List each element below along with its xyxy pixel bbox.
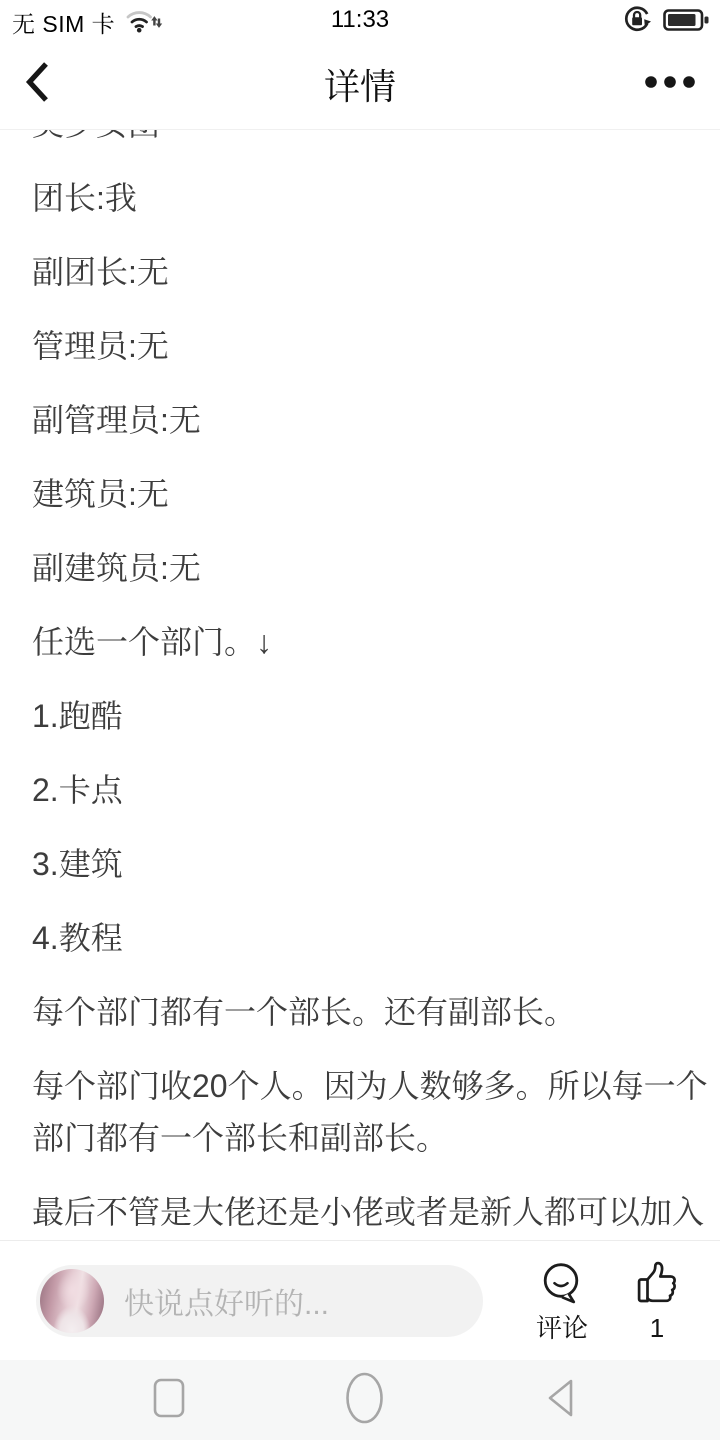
comment-bubble-icon [538, 1259, 586, 1312]
comment-input-placeholder: 快说点好听的... [124, 1279, 329, 1323]
ellipsis-icon [644, 75, 696, 94]
post-paragraph: 任选一个部门。↓ [32, 616, 708, 668]
post-paragraph: 最后不管是大佬还是小佬或者是新人都可以加入 [32, 1186, 708, 1238]
post-paragraph: 每个部门都有一个部长。还有副部长。 [32, 986, 708, 1038]
comment-button[interactable]: 评论 [536, 1259, 588, 1343]
home-oval-icon [344, 1371, 385, 1430]
rotation-lock-icon [621, 4, 653, 41]
comment-bar: 快说点好听的... 评论 [0, 1240, 720, 1360]
carrier-label: 无 SIM 卡 [12, 6, 115, 39]
post-paragraph: 副建筑员:无 [32, 542, 708, 594]
more-options-button[interactable] [644, 40, 696, 129]
back-nav-button[interactable] [542, 1375, 580, 1426]
post-detail-body[interactable]: 美少女团团长:我副团长:无管理员:无副管理员:无建筑员:无副建筑员:无任选一个部… [0, 130, 720, 1240]
post-paragraph: 2.卡点 [32, 764, 708, 816]
post-paragraph: 每个部门收20个人。因为人数够多。所以每一个部门都有一个部长和副部长。 [32, 1060, 708, 1164]
post-paragraph: 3.建筑 [32, 838, 708, 890]
post-paragraph: 管理员:无 [32, 320, 708, 372]
post-paragraph: 团长:我 [32, 172, 708, 224]
post-paragraph: 美少女团 [32, 130, 708, 150]
post-paragraph: 4.教程 [32, 912, 708, 964]
wifi-icon [123, 6, 167, 39]
title-bar: 详情 [0, 40, 720, 130]
page-title: 详情 [324, 59, 396, 110]
home-button[interactable] [344, 1371, 385, 1430]
comment-input[interactable]: 快说点好听的... [36, 1265, 483, 1337]
comment-label: 评论 [536, 1313, 588, 1343]
post-paragraph: 建筑员:无 [32, 468, 708, 520]
back-button[interactable] [22, 40, 52, 129]
post-paragraph: 副管理员:无 [32, 394, 708, 446]
recents-button[interactable] [152, 1377, 186, 1424]
back-chevron-icon [22, 59, 52, 110]
back-triangle-icon [542, 1375, 580, 1426]
phone-screen: 无 SIM 卡 11:33 [0, 0, 720, 1440]
battery-icon [663, 7, 710, 38]
recents-square-icon [152, 1377, 186, 1424]
post-paragraph: 副团长:无 [32, 246, 708, 298]
android-nav-bar [0, 1360, 720, 1440]
like-count: 1 [650, 1313, 664, 1343]
thumbs-up-icon [634, 1259, 680, 1312]
status-bar: 无 SIM 卡 11:33 [0, 0, 720, 40]
user-avatar [40, 1269, 104, 1333]
like-button[interactable]: 1 [634, 1259, 680, 1343]
post-paragraph: 1.跑酷 [32, 690, 708, 742]
